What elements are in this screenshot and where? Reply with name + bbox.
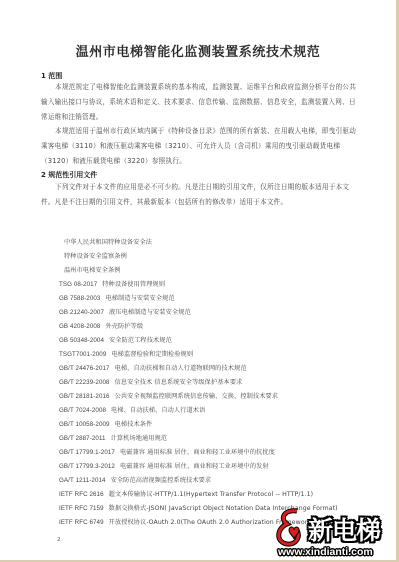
reference-item: TSG 08-2017特种设备使用管理规则 — [59, 278, 338, 292]
reference-item: GB/T 2887-2011计算机场地通用规范 — [59, 432, 338, 446]
document-title: 温州市电梯智能化监测装置系统技术规范 — [0, 41, 396, 60]
section-2-heading: 2 规范性引用文件 — [41, 170, 97, 180]
watermark-logo: 新电梯 www.xindianti.com — [275, 508, 395, 560]
reference-item: GB/T 10058-2009电梯技术条件 — [59, 418, 338, 432]
document-page: 温州市电梯智能化监测装置系统技术规范 1 范围 本规范规定了电梯智能化监测装置系… — [0, 0, 396, 560]
page-number: 2 — [57, 537, 61, 543]
reference-item: GB 50348-2004安全防范工程技术规范 — [59, 334, 338, 348]
reference-item: 特种设备安全监察条例 — [59, 250, 338, 264]
reference-item: 中华人民共和国特种设备安全法 — [59, 236, 338, 250]
reference-item: IETF RFC 2616超文本传输协议-HTTP/1.1(Hypertext … — [59, 488, 338, 502]
watermark-url: www.xindianti.com — [278, 546, 373, 558]
reference-list: 中华人民共和国特种设备安全法 特种设备安全监察条例 温州市电梯安全条例 TSG … — [59, 236, 338, 530]
reference-item: GB/T 17799.1-2017电磁兼容 通用标准 居住、商业和轻工业环境中的… — [59, 446, 338, 460]
reference-item: GA/T 1211-2014安全防范高清视频监控系统技术要求 — [59, 474, 338, 488]
section-1-paragraph-2: 本规范适用于温州市行政区域内属于《特种设备目录》范围的所有新装、在用载人电梯，即… — [41, 124, 361, 169]
reference-item: TSGT7001-2009电梯监督检验和定期检验规则 — [59, 348, 338, 362]
section-2-paragraph-1: 下列文件对于本文件的应用是必不可少的。凡是注日期的引用文件，仅所注日期的版本适用… — [41, 180, 361, 210]
reference-item: GB/T 22239-2008信息安全技术 信息系统安全等级保护基本要求 — [59, 376, 338, 390]
reference-item: GB/T 17799.3-2012电磁兼容 通用标准 居住、商业和轻工业环境中的… — [59, 460, 338, 474]
elevator-heart-logo-icon — [275, 508, 305, 548]
reference-item: GB 21240-2007液压电梯制造与安装安全规范 — [59, 306, 338, 320]
section-1-paragraph-1: 本规范规定了电梯智能化监测装置系统的基本构成，监测装置、运维平台和政府监测分析平… — [41, 80, 361, 125]
reference-item: GB/T 7024-2008电梯、自动扶梯、自动人行道术语 — [59, 404, 338, 418]
watermark-brand: 新电梯 — [308, 511, 380, 547]
reference-item: GB 4208-2008外壳防护等级 — [59, 320, 338, 334]
reference-item: GB/T 28181-2016公共安全视频监控联网系统信息传输、交换、控制技术要… — [59, 390, 338, 404]
reference-item: GB/T 24476-2017电梯、自动扶梯和自动人行道物联网的技术规范 — [59, 362, 338, 376]
reference-item: 温州市电梯安全条例 — [59, 264, 338, 278]
reference-item: GB 7588-2003电梯制造与安装安全规范 — [59, 292, 338, 306]
